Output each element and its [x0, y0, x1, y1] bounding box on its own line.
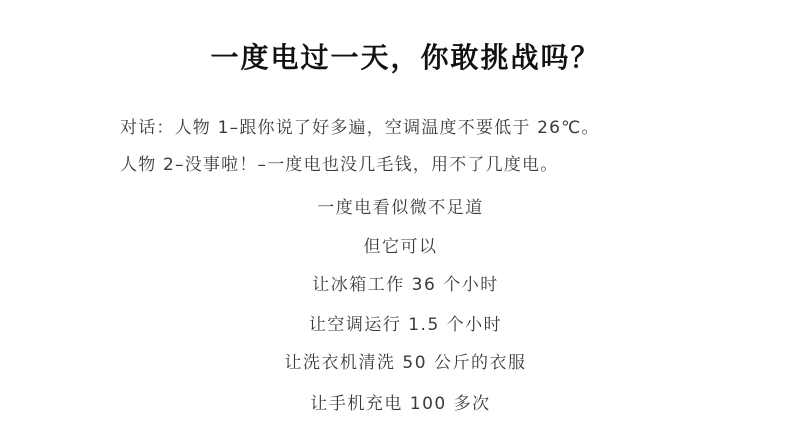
body-line-fridge: 让冰箱工作 36 个小时 [0, 273, 811, 297]
body-line-washing-machine: 让洗衣机清洗 50 公斤的衣服 [0, 351, 811, 375]
body-line-but: 但它可以 [0, 235, 806, 259]
body-line-air-conditioner: 让空调运行 1.5 个小时 [0, 313, 811, 337]
page-title: 一度电过一天，你敢挑战吗？ [0, 38, 811, 78]
body-line-intro: 一度电看似微不足道 [0, 196, 806, 220]
dialogue-line-person-1: 对话：人物 1–跟你说了好多遍，空调温度不要低于 26℃。 [120, 116, 600, 140]
dialogue-line-person-2: 人物 2–没事啦！–一度电也没几毛钱，用不了几度电。 [120, 153, 558, 177]
body-line-phone-charge: 让手机充电 100 多次 [0, 392, 806, 416]
